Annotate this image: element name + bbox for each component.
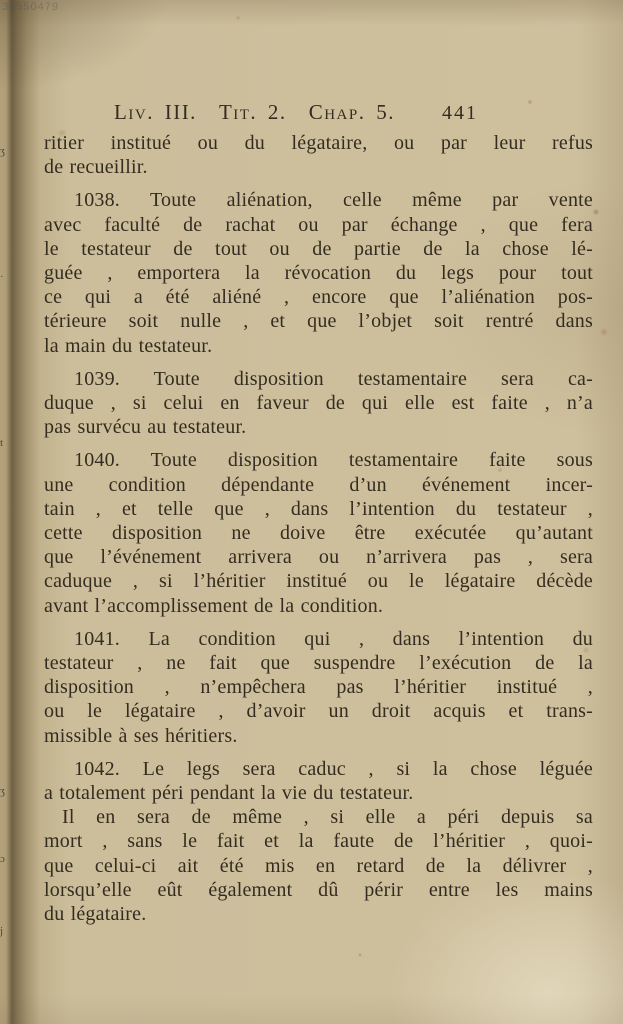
header-chapter: Chap. 5.: [309, 100, 395, 125]
header-title: Tit. 2.: [219, 100, 287, 125]
text-line: 1042. Le legs sera caduc , si la chose l…: [44, 757, 593, 781]
text-line: testateur , ne fait que suspendre l’exéc…: [44, 651, 593, 675]
paragraph: 1042. Le legs sera caduc , si la chose l…: [44, 757, 593, 805]
text-line: Il en sera de même , si elle a péri depu…: [44, 805, 593, 829]
text-line: une condition dépendante d’un événement …: [44, 473, 593, 497]
paragraph: Il en sera de même , si elle a péri depu…: [44, 805, 593, 926]
text-line: 1041. La condition qui , dans l’intentio…: [44, 627, 593, 651]
running-header: Liv. III. Tit. 2. Chap. 5. 441: [16, 100, 565, 125]
margin-ink-mark: ʒ: [0, 786, 5, 797]
page-number: 441: [442, 102, 478, 125]
corner-stamp-number: 36550479: [2, 1, 59, 13]
text-line: térieure soit nulle , et que l’objet soi…: [44, 309, 593, 333]
text-line: cette disposition ne doive être exécutée…: [44, 521, 593, 545]
text-line: avant l’accomplissement de la condition.: [44, 594, 593, 618]
text-line: de recueillir.: [44, 155, 593, 179]
text-line: que l’événement arrivera ou n’arrivera p…: [44, 545, 593, 569]
text-line: ritier institué ou du légataire, ou par …: [44, 131, 593, 155]
margin-ink-mark: ʒ: [0, 146, 5, 157]
paragraph: 1038. Toute aliénation, celle même par v…: [44, 188, 593, 357]
text-line: ou le légataire , d’avoir un droit acqui…: [44, 699, 593, 723]
header-book: Liv. III.: [114, 100, 197, 125]
text-line: caduque , si l’héritier institué ou le l…: [44, 569, 593, 593]
binding-gutter-shadow: [0, 0, 40, 1024]
text-line: ce qui a été aliéné , encore que l’alién…: [44, 285, 593, 309]
text-line: avec faculté de rachat ou par échange , …: [44, 213, 593, 237]
book-page: 36550479 Liv. III. Tit. 2. Chap. 5. 441 …: [0, 0, 623, 1024]
text-line: lorsqu’elle eût également dû périr entre…: [44, 878, 593, 902]
text-line: la main du testateur.: [44, 334, 593, 358]
text-line: duque , si celui en faveur de qui elle e…: [44, 391, 593, 415]
text-body: ritier institué ou du légataire, ou par …: [44, 131, 593, 926]
paragraph: 1039. Toute disposition testamentaire se…: [44, 367, 593, 440]
text-line: 1039. Toute disposition testamentaire se…: [44, 367, 593, 391]
margin-ink-mark: ·: [0, 272, 4, 283]
text-line: du légataire.: [44, 902, 593, 926]
text-line: mort , sans le fait et la faute de l’hér…: [44, 829, 593, 853]
paragraph: ritier institué ou du légataire, ou par …: [44, 131, 593, 179]
text-line: disposition , n’empêchera pas l’héritier…: [44, 675, 593, 699]
margin-ink-mark: t: [0, 438, 3, 449]
text-line: pas survécu au testateur.: [44, 415, 593, 439]
paragraph: 1041. La condition qui , dans l’intentio…: [44, 627, 593, 748]
paragraph: 1040. Toute disposition testamentaire fa…: [44, 448, 593, 617]
text-line: guée , emportera la révocation du legs p…: [44, 261, 593, 285]
text-line: 1040. Toute disposition testamentaire fa…: [44, 448, 593, 472]
text-line: a totalement péri pendant la vie du test…: [44, 781, 593, 805]
text-line: tain , et telle que , dans l’intention d…: [44, 497, 593, 521]
text-line: 1038. Toute aliénation, celle même par v…: [44, 188, 593, 212]
margin-ink-mark: j: [0, 926, 3, 937]
text-line: missible à ses héritiers.: [44, 724, 593, 748]
text-line: que celui-ci ait été mis en retard de la…: [44, 854, 593, 878]
margin-ink-mark: ɔ: [0, 854, 5, 865]
text-line: le testateur de tout ou de partie de la …: [44, 237, 593, 261]
